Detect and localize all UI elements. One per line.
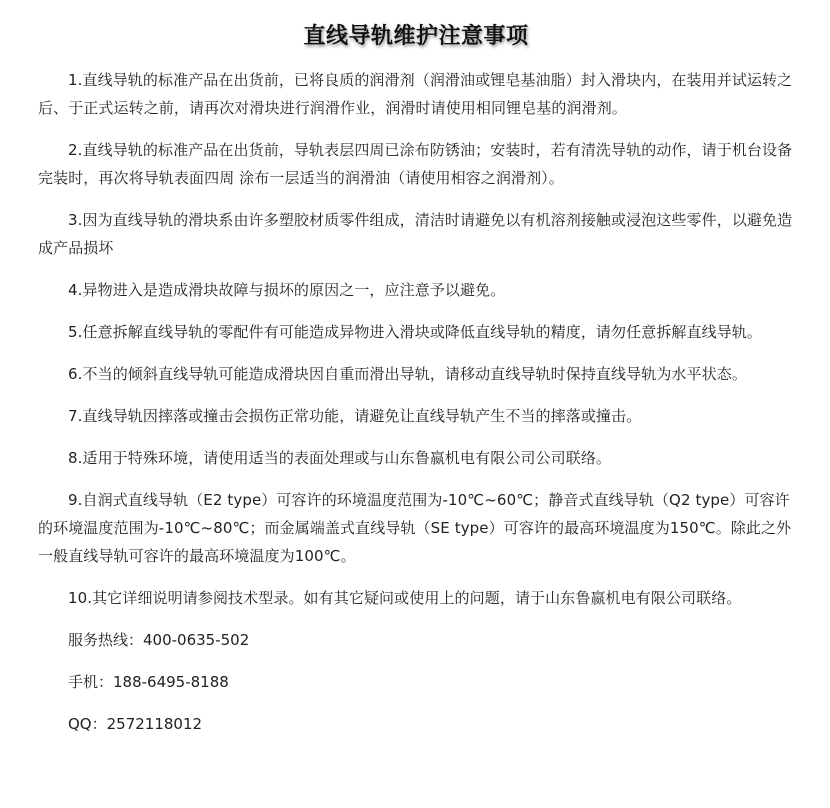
item-9: 9.自润式直线导轨（E2 type）可容许的环境温度范围为-10℃~60℃；静音… xyxy=(38,486,794,570)
page-title: 直线导轨维护注意事项 xyxy=(38,0,794,52)
qq-number: QQ：2572118012 xyxy=(38,710,794,738)
item-1: 1.直线导轨的标准产品在出货前，已将良质的润滑剂（润滑油或锂皂基油脂）封入滑块内… xyxy=(38,66,794,122)
item-8: 8.适用于特殊环境，请使用适当的表面处理或与山东鲁嬴机电有限公司公司联络。 xyxy=(38,444,794,472)
service-hotline: 服务热线：400-0635-502 xyxy=(38,626,794,654)
item-4: 4.异物进入是造成滑块故障与损坏的原因之一，应注意予以避免。 xyxy=(38,276,794,304)
item-6: 6.不当的倾斜直线导轨可能造成滑块因自重而滑出导轨，请移动直线导轨时保持直线导轨… xyxy=(38,360,794,388)
item-2: 2.直线导轨的标准产品在出货前，导轨表层四周已涂布防锈油；安装时，若有清洗导轨的… xyxy=(38,136,794,192)
item-3: 3.因为直线导轨的滑块系由许多塑胶材质零件组成，清洁时请避免以有机溶剂接触或浸泡… xyxy=(38,206,794,262)
mobile-number: 手机：188-6495-8188 xyxy=(38,668,794,696)
document: 直线导轨维护注意事项 1.直线导轨的标准产品在出货前，已将良质的润滑剂（润滑油或… xyxy=(38,0,794,738)
item-10: 10.其它详细说明请参阅技术型录。如有其它疑问或使用上的问题，请于山东鲁嬴机电有… xyxy=(38,584,794,612)
item-5: 5.任意拆解直线导轨的零配件有可能造成异物进入滑块或降低直线导轨的精度，请勿任意… xyxy=(38,318,794,346)
item-7: 7.直线导轨因摔落或撞击会损伤正常功能，请避免让直线导轨产生不当的摔落或撞击。 xyxy=(38,402,794,430)
